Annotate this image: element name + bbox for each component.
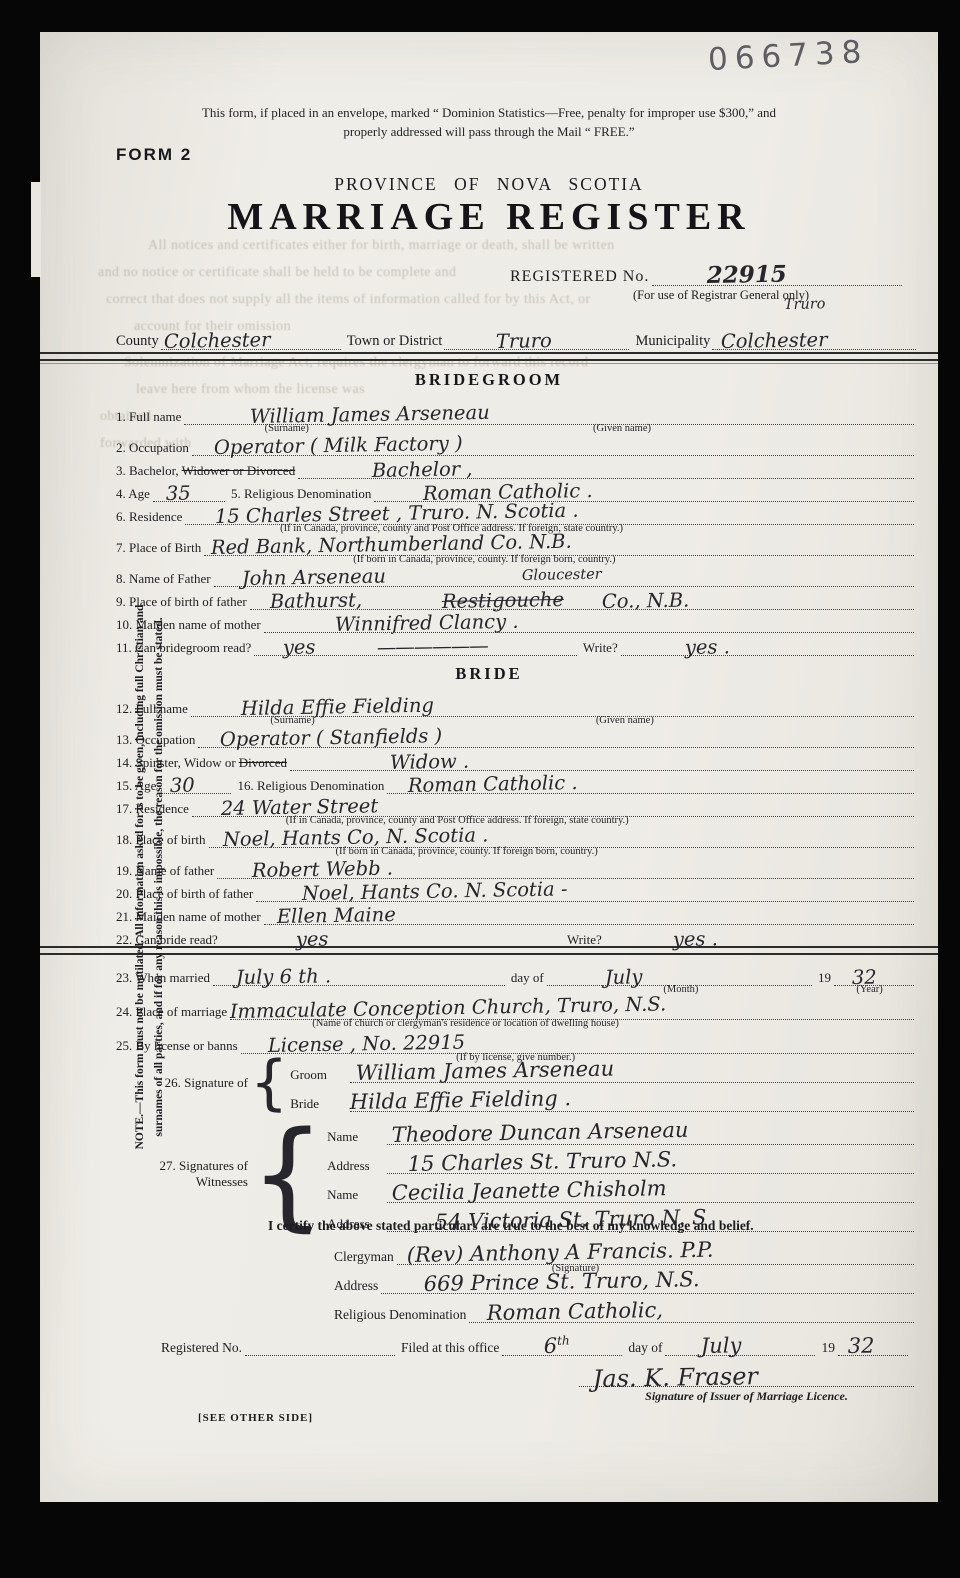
groom-age-value: 35: [166, 483, 191, 503]
pencil-file-number: 066738: [707, 34, 869, 78]
bride-status-value: Widow .: [390, 751, 470, 772]
witness2-name-value: Cecilia Jeanette Chisholm: [392, 1178, 667, 1204]
field-bride-father: 19. Name of father Robert Webb .: [116, 856, 914, 879]
filed-day-number: 6: [544, 1334, 558, 1358]
see-other-side-note: [SEE OTHER SIDE]: [198, 1412, 914, 1424]
field-line: Winnifred Clancy .: [264, 609, 914, 633]
witness2-address-value: 54 Victoria St. Truro N. S: [434, 1207, 706, 1233]
field-label: Registered No.: [161, 1340, 245, 1356]
field-line: Cecilia Jeanette Chisholm: [387, 1173, 914, 1203]
groom-full-name-value: William James Arseneau: [250, 402, 490, 426]
groom-read-value: yes: [283, 637, 316, 657]
divider-double-rule: [40, 352, 938, 361]
bride-father-value: Robert Webb .: [252, 858, 393, 880]
field-label: Address: [327, 1158, 387, 1174]
field-label: Write?: [577, 640, 621, 656]
field-label: 16. Religious Denomination: [231, 778, 387, 794]
mailing-instruction-line1: This form, if placed in an envelope, mar…: [109, 104, 869, 123]
registered-no-value: 22915: [707, 263, 787, 287]
field-line: 15 Charles St. Truro N.S.: [387, 1144, 914, 1174]
field-line: 32: [838, 1322, 908, 1356]
field-line: Gloucester Bathurst, Restigouche Co., N.…: [250, 586, 914, 610]
bleed-through-text: All notices and certificates either for …: [148, 238, 615, 254]
field-label: Groom: [290, 1067, 350, 1083]
bridegroom-section: 1. Full name William James Arseneau (Sur…: [116, 402, 914, 656]
municipality-field: Truro Colchester: [712, 315, 916, 350]
groom-father-value: John Arseneau: [241, 566, 385, 588]
issuer-signature-line: Jas. K. Fraser: [579, 1359, 914, 1387]
field-line: Noel, Hants Co. N. Scotia -: [256, 878, 914, 902]
registered-no-label: REGISTERED No.: [510, 268, 652, 286]
bride-read-value: yes: [295, 929, 328, 949]
field-line: Roman Catholic .: [374, 478, 914, 502]
field-label: Address: [334, 1278, 381, 1294]
registered-no-subnote: (For use of Registrar General only): [540, 288, 902, 303]
groom-signature-value: William James Arseneau: [355, 1058, 614, 1084]
field-groom-full-name: 1. Full name William James Arseneau (Sur…: [116, 402, 914, 425]
field-line: Operator ( Stanfields ): [198, 724, 914, 748]
marriage-year-value: 32: [851, 967, 876, 987]
field-label: 2. Occupation: [116, 440, 192, 456]
field-line: 30: [159, 770, 231, 794]
field-line: William James Arseneau (Surname) (Given …: [184, 401, 914, 425]
field-line: Ellen Maine: [264, 901, 914, 925]
field-line: (Rev) Anthony A Francis. P.P. (Signature…: [397, 1233, 914, 1265]
page-title: MARRIAGE REGISTER: [40, 195, 938, 239]
field-when-married: 23. When married July 6 th . day of July…: [116, 960, 914, 986]
town-field: Truro: [444, 315, 629, 350]
county-label: County: [116, 333, 161, 350]
field-groom-age-religion: 4. Age 35 5. Religious Denomination Roma…: [116, 479, 914, 502]
field-label: Name: [327, 1187, 387, 1203]
field-witness2-name: Name Cecilia Jeanette Chisholm: [327, 1174, 914, 1203]
field-line: William James Arseneau: [350, 1053, 914, 1083]
field-clergyman-denomination: Religious Denomination Roman Catholic,: [334, 1294, 914, 1323]
field-line: yes .: [605, 924, 914, 948]
groom-write-value: yes .: [685, 637, 730, 657]
town-label: Town or District: [341, 333, 445, 350]
field-label-struck: Widower or Divorced: [182, 463, 299, 479]
bridegroom-heading: BRIDEGROOM: [40, 370, 938, 390]
field-line: 669 Prince St. Truro, N.S.: [381, 1264, 914, 1294]
groom-father-birthplace-value: Bathurst,: [269, 590, 362, 611]
field-line: Roman Catholic .: [387, 770, 914, 794]
field-bride-full-name: 12. Full name Hilda Effie Fielding (Surn…: [116, 694, 914, 717]
field-line: yes .: [621, 632, 914, 656]
field-label: Clergyman: [334, 1249, 397, 1265]
year-prefix: 19: [815, 1340, 838, 1356]
field-line: Hilda Effie Fielding (Surname) (Given na…: [191, 693, 914, 717]
brace-glyph: {: [250, 1056, 290, 1110]
bride-occupation-value: Operator ( Stanfields ): [220, 726, 443, 749]
groom-mother-value: Winnifred Clancy .: [335, 611, 519, 634]
field-clergyman-address: Address 669 Prince St. Truro, N.S.: [334, 1265, 914, 1294]
field-label: Religious Denomination: [334, 1307, 469, 1323]
field-line: Operator ( Milk Factory ): [192, 432, 914, 456]
bride-signature-value: Hilda Effie Fielding .: [350, 1088, 572, 1113]
margin-note-line2: surnames of all parties, and if for any …: [150, 532, 169, 1222]
groom-read-dash: ——————: [377, 636, 488, 657]
place-of-marriage-value: Immaculate Conception Church, Truro, N.S…: [230, 994, 667, 1021]
field-line: [245, 1322, 395, 1356]
groom-status-value: Bachelor ,: [372, 459, 473, 480]
field-witness1-address: Address 15 Charles St. Truro N.S.: [327, 1145, 914, 1174]
field-place-of-marriage: 24. Place of marriage Immaculate Concept…: [116, 994, 914, 1020]
field-label: day of: [622, 1340, 665, 1356]
field-bride-birthplace: 18. Place of birth Noel, Hants Co, N. Sc…: [116, 825, 914, 848]
field-groom-father: 8. Name of Father John Arseneau: [116, 564, 914, 587]
field-line: 6th: [502, 1322, 622, 1356]
municipality-label: Municipality: [629, 333, 712, 350]
margin-note: NOTE.—This form must not be mutilated. A…: [131, 532, 169, 1222]
groom-residence-value: 15 Charles Street , Truro. N. Scotia .: [214, 500, 578, 526]
field-groom-signature: Groom William James Arseneau: [290, 1054, 914, 1083]
clergyman-denomination-value: Roman Catholic,: [487, 1300, 663, 1324]
year-prefix: 19: [812, 970, 834, 986]
issuer-signature-value: Jas. K. Fraser: [593, 1364, 759, 1391]
field-line: 24 Water Street (If in Canada, province,…: [192, 793, 914, 817]
field-groom-status: 3. Bachelor, Widower or Divorced Bachelo…: [116, 456, 914, 479]
bride-religion-value: Roman Catholic .: [408, 773, 578, 795]
registered-number-block: REGISTERED No. 22915 (For use of Registr…: [510, 261, 902, 303]
field-filed-at-office: Registered No. Filed at this office 6th …: [161, 1323, 914, 1356]
month-subnote: (Month): [663, 984, 698, 995]
divider-thin-rule: [40, 363, 938, 364]
correction-above-value: Gloucester: [522, 568, 602, 584]
license-value: License , No. 22915: [267, 1032, 465, 1055]
field-line: License , No. 22915 (If by license, give…: [241, 1027, 914, 1054]
field-label: 4. Age: [116, 486, 153, 502]
field-line: 15 Charles Street , Truro. N. Scotia . (…: [185, 501, 914, 525]
field-label: day of: [505, 970, 547, 986]
scanned-document: All notices and certificates either for …: [0, 0, 960, 1578]
field-line: Robert Webb .: [217, 855, 914, 879]
field-groom-occupation: 2. Occupation Operator ( Milk Factory ): [116, 433, 914, 456]
bride-write-value: yes .: [672, 929, 717, 949]
field-line: July: [665, 1322, 815, 1356]
field-bride-father-birthplace: 20. Place of birth of father Noel, Hants…: [116, 879, 914, 902]
field-groom-mother: 10. Maiden name of mother Winnifred Clan…: [116, 610, 914, 633]
field-bride-mother: 21. Maiden name of mother Ellen Maine: [116, 902, 914, 925]
field-line: Immaculate Conception Church, Truro, N.S…: [230, 993, 914, 1020]
certification-section: I certify the above stated particulars a…: [116, 1218, 914, 1424]
town-value: Truro: [496, 331, 552, 351]
when-married-day-value: July 6 th .: [236, 966, 332, 987]
field-groom-read-write: 11. Can bridegroom read? yes —————— Writ…: [116, 633, 914, 656]
groom-father-birthplace-suffix: Co., N.B.: [601, 590, 689, 611]
given-name-subnote: (Given name): [596, 715, 654, 726]
clergyman-signature-value: (Rev) Anthony A Francis. P.P.: [407, 1240, 714, 1266]
bride-residence-value: 24 Water Street: [220, 796, 378, 818]
margin-note-line1: NOTE.—This form must not be mutilated. A…: [131, 532, 150, 1222]
field-label: 6. Residence: [116, 509, 185, 525]
witness-signatures-section: 27. Signatures of Witnesses { Name Theod…: [116, 1116, 914, 1232]
field-bride-occupation: 13. Occupation Operator ( Stanfields ): [116, 725, 914, 748]
field-line: 32 (Year): [834, 959, 914, 986]
municipality-value: Colchester: [720, 330, 827, 351]
field-line: yes: [221, 924, 561, 948]
municipality-above-value: Truro: [783, 297, 825, 312]
province-heading: PROVINCE OF NOVA SCOTIA: [40, 174, 938, 195]
county-field: Colchester: [161, 315, 341, 350]
groom-occupation-value: Operator ( Milk Factory ): [213, 433, 462, 457]
field-line: Noel, Hants Co, N. Scotia . (If born in …: [209, 824, 914, 848]
marriage-month-value: July: [605, 967, 643, 987]
bride-section: 12. Full name Hilda Effie Fielding (Surn…: [116, 694, 914, 948]
filed-month-value: July: [701, 1335, 742, 1357]
field-groom-residence: 6. Residence 15 Charles Street , Truro. …: [116, 502, 914, 525]
field-label: Name: [327, 1129, 387, 1145]
field-line: July 6 th .: [213, 959, 505, 986]
field-label: 1. Full name: [116, 409, 184, 425]
filed-day-ordinal: th: [557, 1334, 570, 1348]
field-bride-age-religion: 15. Age 30 16. Religious Denomination Ro…: [116, 771, 914, 794]
register-page: All notices and certificates either for …: [40, 32, 938, 1502]
field-line: yes ——————: [254, 632, 577, 656]
registered-no-field: 22915: [652, 261, 902, 286]
field-line: Hilda Effie Fielding .: [350, 1082, 914, 1112]
field-line: 35: [153, 478, 225, 502]
bride-mother-value: Ellen Maine: [276, 904, 395, 926]
field-label-struck: Divorced: [239, 755, 290, 771]
field-line: Theodore Duncan Arseneau: [387, 1115, 914, 1145]
mailing-instruction-line2: properly addressed will pass through the…: [109, 123, 869, 142]
witness1-name-value: Theodore Duncan Arseneau: [392, 1120, 689, 1146]
field-label: 3. Bachelor,: [116, 463, 182, 479]
field-bride-status: 14. Spinster, Widow or Divorced Widow .: [116, 748, 914, 771]
groom-father-birthplace-struck: Restigouche: [442, 589, 564, 611]
field-bride-read-write: 22. Can bride read? yes Write? yes .: [116, 925, 914, 948]
field-line: Red Bank, Northumberland Co. N.B. (If bo…: [204, 532, 914, 556]
field-bride-residence: 17. Residence 24 Water Street (If in Can…: [116, 794, 914, 817]
brace-glyph: {: [250, 1121, 327, 1227]
clergyman-address-value: 669 Prince St. Truro, N.S.: [423, 1269, 699, 1295]
field-line: Bachelor ,: [298, 455, 914, 479]
field-line: July (Month): [547, 959, 812, 986]
issuer-signature-block: Jas. K. Fraser Signature of Issuer of Ma…: [579, 1359, 914, 1404]
filed-day-value: 6th: [544, 1335, 570, 1357]
groom-birthplace-value: Red Bank, Northumberland Co. N.B.: [211, 531, 572, 557]
bride-heading: BRIDE: [40, 664, 938, 684]
bride-full-name-value: Hilda Effie Fielding: [241, 695, 434, 718]
field-witness1-name: Name Theodore Duncan Arseneau: [327, 1116, 914, 1145]
bleed-through-text: and no notice or certificate shall be he…: [98, 265, 456, 281]
bride-age-value: 30: [169, 775, 194, 795]
divider-double-rule: [40, 946, 938, 955]
field-groom-birthplace: 7. Place of Birth Red Bank, Northumberla…: [116, 533, 914, 556]
mailing-instruction: This form, if placed in an envelope, mar…: [109, 104, 869, 142]
field-bride-signature: Bride Hilda Effie Fielding .: [290, 1083, 914, 1112]
signature-couple-section: 26. Signature of { Groom William James A…: [116, 1054, 914, 1112]
field-license-or-banns: 25. By license or banns License , No. 22…: [116, 1028, 914, 1054]
given-name-subnote: (Given name): [593, 423, 651, 434]
form-number-label: FORM 2: [116, 145, 192, 165]
field-line: Widow .: [290, 747, 914, 771]
marriage-section: 23. When married July 6 th . day of July…: [116, 960, 914, 1062]
field-label: 5. Religious Denomination: [225, 486, 374, 502]
location-row: County Colchester Town or District Truro…: [116, 316, 916, 350]
filed-year-value: 32: [848, 1336, 875, 1357]
bride-birthplace-value: Noel, Hants Co, N. Scotia .: [222, 825, 488, 849]
field-groom-father-birthplace: 9. Place of birth of father Gloucester B…: [116, 587, 914, 610]
field-clergyman: Clergyman (Rev) Anthony A Francis. P.P. …: [334, 1234, 914, 1265]
field-line: Roman Catholic,: [469, 1293, 914, 1323]
bride-father-birthplace-value: Noel, Hants Co. N. Scotia -: [302, 879, 568, 903]
field-label: Filed at this office: [395, 1340, 502, 1356]
county-value: Colchester: [164, 330, 271, 351]
witness1-address-value: 15 Charles St. Truro N.S.: [408, 1149, 678, 1175]
